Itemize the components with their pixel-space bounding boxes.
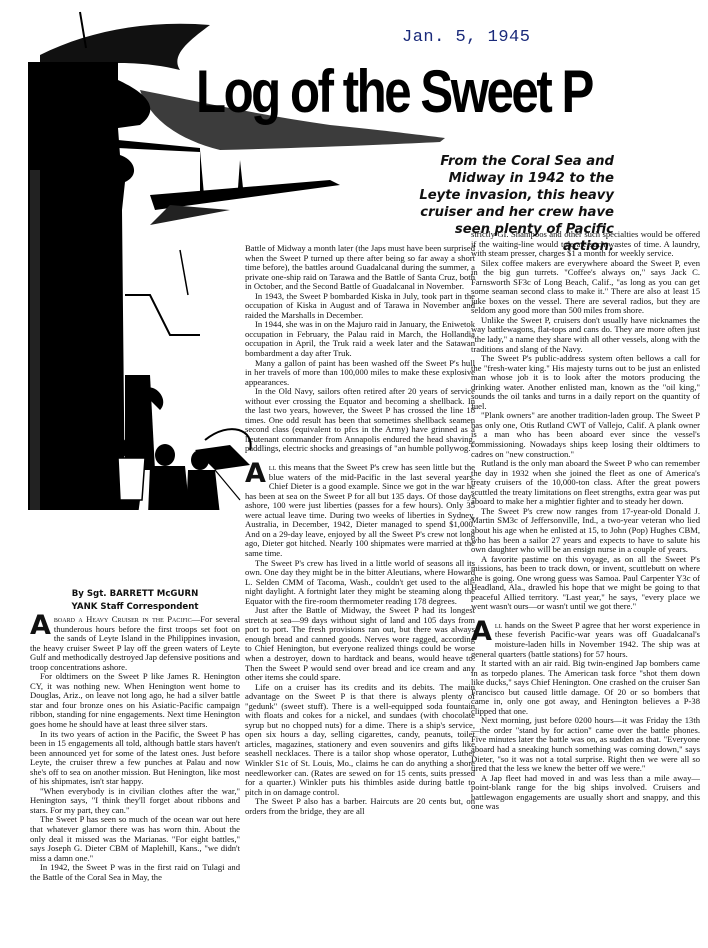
paragraph: All hands on the Sweet P agree that her … — [471, 621, 700, 659]
paragraph: The Sweet P has seen so much of the ocea… — [30, 815, 240, 863]
paragraph: Life on a cruiser has its credits and it… — [245, 683, 475, 798]
paragraph: Unlike the Sweet P, cruisers don't usual… — [471, 316, 700, 354]
paragraph: For oldtimers on the Sweet P like James … — [30, 672, 240, 729]
paragraph: The Sweet P also has a barber. Haircuts … — [245, 797, 475, 816]
paragraph: All this means that the Sweet P's crew h… — [245, 463, 475, 558]
paragraph: In the Old Navy, sailors often retired a… — [245, 387, 475, 454]
drop-cap: A — [245, 464, 266, 484]
paragraph: Battle of Midway a month later (the Japs… — [245, 244, 475, 292]
paragraph: In its two years of action in the Pacifi… — [30, 730, 240, 787]
paragraph: In 1942, the Sweet P was in the first ra… — [30, 863, 240, 882]
paragraph: The Sweet P's crew now ranges from 17-ye… — [471, 507, 700, 555]
drop-cap: A — [30, 616, 51, 636]
paragraph: Aboard a Heavy Cruiser in the Pacific—Fo… — [30, 615, 240, 672]
paragraph: In 1944, she was in on the Majuro raid i… — [245, 320, 475, 358]
paragraph: strictly GI. Shampoos and other such spe… — [471, 230, 700, 259]
paragraph: In 1943, the Sweet P bombarded Kiska in … — [245, 292, 475, 321]
paragraph: The Sweet P's public-address system ofte… — [471, 354, 700, 411]
paragraph: A Jap fleet had moved in and was less th… — [471, 774, 700, 812]
paragraph: A favorite pastime on this voyage, as on… — [471, 555, 700, 612]
paragraph: "Plank owners" are another tradition-lad… — [471, 411, 700, 459]
issue-date: Jan. 5, 1945 — [402, 28, 530, 47]
drop-cap: A — [471, 622, 492, 642]
paragraph: The Sweet P's crew has lived in a little… — [245, 559, 475, 607]
author-name: By Sgt. BARRETT McGURN — [30, 588, 240, 601]
paragraph: Silex coffee makers are everywhere aboar… — [471, 259, 700, 316]
article-headline: Log of the Sweet P — [196, 62, 592, 122]
paragraph: Just after the Battle of Midway, the Swe… — [245, 606, 475, 682]
paragraph: Rutland is the only man aboard the Sweet… — [471, 459, 700, 507]
article-column-2: Battle of Midway a month later (the Japs… — [245, 244, 475, 816]
byline: By Sgt. BARRETT McGURN YANK Staff Corres… — [30, 588, 240, 614]
paragraph: "When everybody is in civilian clothes a… — [30, 787, 240, 816]
paragraph: Many a gallon of paint has been washed o… — [245, 359, 475, 388]
paragraph: It started with an air raid. Big twin-en… — [471, 659, 700, 716]
lead-in: board a Heavy Cruiser in the Pacific — [54, 614, 192, 624]
paragraph: Next morning, just before 0200 hours—it … — [471, 716, 700, 773]
article-column-1: Aboard a Heavy Cruiser in the Pacific—Fo… — [30, 615, 240, 882]
author-role: YANK Staff Correspondent — [30, 601, 240, 614]
article-column-3: strictly GI. Shampoos and other such spe… — [471, 230, 700, 812]
